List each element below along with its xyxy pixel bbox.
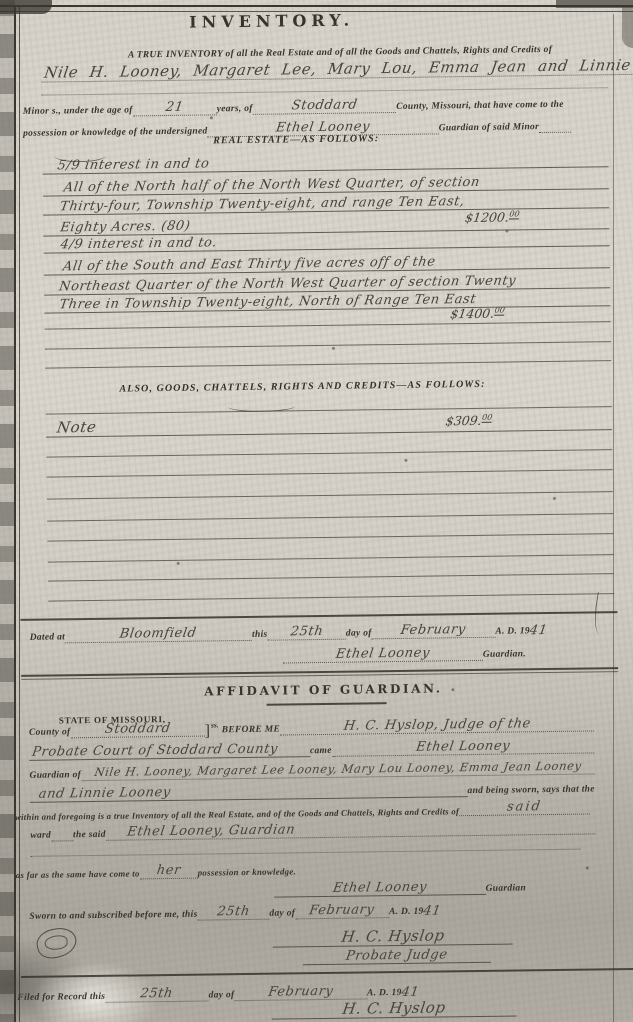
county-handwritten: Stoddard xyxy=(291,98,359,112)
body-blank: said xyxy=(459,797,590,816)
filed-year-handwritten: 41 xyxy=(401,986,421,999)
re2-amount-main: $1400. xyxy=(449,306,495,322)
ruled-line xyxy=(45,321,611,329)
seal-scribble-inner xyxy=(44,935,68,950)
ink-speck xyxy=(332,347,335,350)
dated-row: Dated at Bloomfield this 25th day of Feb… xyxy=(30,621,548,644)
ink-speck xyxy=(553,497,556,500)
judge-blank: H. C. Hyslop, Judge of the xyxy=(280,714,594,735)
re2-line1-row: 4/9 interest in and to. xyxy=(43,231,609,253)
dotted-rule xyxy=(42,87,608,95)
filed-signature-handwritten: H. C. Hyslop xyxy=(341,1000,446,1016)
section-separator xyxy=(20,611,617,621)
wards2-blank: and Linnie Looney xyxy=(30,780,468,803)
ruled-line xyxy=(48,554,614,562)
signature-blank: Ethel Looney xyxy=(283,644,483,664)
judge-title-blank: Probate Judge xyxy=(303,946,491,965)
minor-pre-text: Minor s., under the age of xyxy=(23,105,133,118)
re1-line3-row: Thirty-four, Township Twenty-eight, and … xyxy=(43,193,609,215)
re1-line1-handwritten: 5/9 interest in and to xyxy=(57,157,211,172)
judge-title-handwritten: Probate Judge xyxy=(345,948,449,962)
re1-line1-row: 5/9 interest in and to xyxy=(42,152,608,174)
re1-line3-handwritten: Thirty-four, Township Twenty-eight, and … xyxy=(59,195,466,213)
sworn-pre-text: Sworn to and subscribed before me, this xyxy=(29,909,197,923)
note-item-handwritten: Note xyxy=(56,420,98,436)
filed-day-of-text: day of xyxy=(209,990,235,1002)
ward-name-blank: Ethel Looney, Guardian xyxy=(106,817,596,840)
guardian-label-text: Guardian. xyxy=(483,649,526,661)
age-handwritten: 21 xyxy=(165,101,185,114)
ad-text: A. D. 19 xyxy=(495,626,530,638)
judge-handwritten: H. C. Hyslop, Judge of the xyxy=(343,717,532,732)
judge-signature-row: H. C. Hyslop xyxy=(273,928,513,948)
chattels-heading: ALSO, GOODS, CHATTELS, RIGHTS AND CREDIT… xyxy=(119,380,419,395)
re2-line1-handwritten: 4/9 interest in and to. xyxy=(60,236,218,251)
blank-dotted-line xyxy=(31,849,581,857)
came-name-blank: Ethel Looney xyxy=(332,736,595,756)
ruled-line xyxy=(45,360,611,368)
dated-signature-row: Ethel Looney Guardian. xyxy=(283,644,526,663)
day-blank: 25th xyxy=(267,623,346,641)
guardian-name-handwritten: Ethel Looney xyxy=(275,120,371,134)
ruled-line xyxy=(47,533,613,541)
day-handwritten: 25th xyxy=(289,625,323,638)
filed-signature-row: H. C. Hyslop xyxy=(271,999,516,1019)
sworn-day-handwritten: 25th xyxy=(216,905,250,918)
note-item-row: Note xyxy=(46,414,612,437)
the-said-text: the said xyxy=(73,829,106,841)
wards2-handwritten: and Linnie Looney xyxy=(38,786,172,801)
filed-month-blank: February xyxy=(234,982,367,1001)
ruled-line xyxy=(47,491,613,499)
dated-at-text: Dated at xyxy=(30,632,66,644)
affidavit-heading-rule xyxy=(267,702,387,706)
county-of-text: County of xyxy=(29,727,71,739)
before-me-text: BEFORE ME xyxy=(222,724,281,736)
filed-pre-text: Filed for Record this xyxy=(17,991,105,1004)
county-blank: Stoddard xyxy=(253,96,397,115)
re2-line2-handwritten: All of the South and East Thirty five ac… xyxy=(62,255,437,273)
sworn-year-handwritten: 41 xyxy=(423,904,443,917)
years-of-text: years, of xyxy=(217,103,253,115)
brace-glyph: ] xyxy=(205,726,210,739)
county-handwritten: Stoddard xyxy=(104,722,172,736)
asfar-post-text: possession or knowledge. xyxy=(198,867,296,879)
sworn-day-of-text: day of xyxy=(269,908,295,920)
ink-speck xyxy=(177,562,180,565)
guardian-of-text: Guardian of xyxy=(29,770,81,782)
ward-name-row: ward the said Ethel Looney, Guardian xyxy=(30,818,595,841)
county-blank: Stoddard xyxy=(70,720,204,739)
year-handwritten: 41 xyxy=(529,624,549,637)
signature-blank: Ethel Looney xyxy=(274,878,486,898)
wards-handwritten: Nile H. Looney, Margaret Lee Looney, Mar… xyxy=(93,761,582,779)
day-of-text: day of xyxy=(346,628,372,640)
guardian-signature-handwritten: Ethel Looney xyxy=(332,881,428,895)
ward-name-handwritten: Ethel Looney, Guardian xyxy=(126,823,296,838)
came-text: came xyxy=(310,745,332,757)
ruled-line xyxy=(47,513,613,521)
came-name-handwritten: Ethel Looney xyxy=(415,740,511,754)
this-text: this xyxy=(252,629,268,641)
sworn-day-blank: 25th xyxy=(197,903,269,921)
seal-scribble xyxy=(34,924,79,961)
possessive-handwritten: her xyxy=(156,864,182,877)
court-handwritten: Probate Court of Stoddard County xyxy=(31,743,279,759)
judge-signature-blank: H. C. Hyslop xyxy=(273,928,513,948)
guardian-signature-handwritten: Ethel Looney xyxy=(335,647,431,661)
affidavit-heading: AFFIDAVIT OF GUARDIAN. xyxy=(173,681,473,699)
short-blank xyxy=(51,840,73,841)
names-blank: Nile H. Looney, Margaret Lee, Mary Lou, … xyxy=(41,57,633,83)
trailing-blank xyxy=(539,132,571,133)
ruled-line xyxy=(45,341,611,349)
scanned-inventory-document: INVENTORY. A TRUE INVENTORY of all the R… xyxy=(0,0,633,1022)
asfar-row: as far as the same have come to her poss… xyxy=(16,862,326,881)
sworn-ad-text: A. D. 19 xyxy=(389,906,424,918)
document-title: INVENTORY. xyxy=(122,10,422,33)
ink-speck xyxy=(586,867,589,870)
re2-line4-handwritten: Three in Township Twenty-eight, North of… xyxy=(58,293,477,311)
sworn-month-blank: February xyxy=(295,901,389,919)
ward-label-text: ward xyxy=(30,830,51,842)
filed-signature-blank: H. C. Hyslop xyxy=(271,999,516,1019)
re2-amount: $1400.00 xyxy=(449,306,505,322)
sworn-suffix-text: and being sworn, says that the xyxy=(467,784,594,797)
body-handwritten: said xyxy=(506,800,543,813)
ruled-line xyxy=(48,573,614,581)
asfar-pre-text: as far as the same have come to xyxy=(16,869,140,881)
document-content: INVENTORY. A TRUE INVENTORY of all the R… xyxy=(0,0,633,1022)
names-handwritten: Nile H. Looney, Margaret Lee, Mary Lou, … xyxy=(43,57,633,81)
ruled-line xyxy=(48,593,614,601)
place-blank: Bloomfield xyxy=(65,624,252,643)
ruled-line xyxy=(47,469,613,477)
place-handwritten: Bloomfield xyxy=(119,627,198,641)
guardian-label-text: Guardian xyxy=(486,883,527,895)
affidavit-signature-row: Ethel Looney Guardian xyxy=(274,877,526,897)
wards-row: Guardian of Nile H. Looney, Margaret Lee… xyxy=(29,757,594,781)
filed-day-blank: 25th xyxy=(105,985,209,1003)
sworn-row: Sworn to and subscribed before me, this … xyxy=(29,901,441,922)
re1-line4-handwritten: Eighty Acres. (80) xyxy=(59,220,191,235)
county-suffix-text: County, Missouri, that have come to the xyxy=(396,99,564,113)
judge-signature-handwritten: H. C. Hyslop xyxy=(340,928,445,944)
minor-clause-row-1: Minor s., under the age of 21 years, of … xyxy=(23,96,564,118)
re1-line1-blank: 5/9 interest in and to xyxy=(42,150,608,174)
ink-speck xyxy=(451,688,454,691)
month-blank: February xyxy=(372,621,496,640)
judge-title-row: Probate Judge xyxy=(303,947,491,965)
note-item-blank: Note xyxy=(46,413,612,437)
filed-day-handwritten: 25th xyxy=(140,987,174,1000)
ink-speck xyxy=(404,459,407,462)
section-separator xyxy=(21,968,633,978)
possessive-blank: her xyxy=(140,862,198,880)
month-handwritten: February xyxy=(400,623,467,637)
guardian-suffix-text: Guardian of said Minor xyxy=(439,122,539,135)
filed-ad-text: A. D. 19 xyxy=(367,988,402,1000)
re2-amount-cents: 00 xyxy=(494,306,506,316)
re2-line4-row: Three in Township Twenty-eight, North of… xyxy=(44,291,610,313)
filed-month-handwritten: February xyxy=(267,985,334,999)
ss-abbreviation: ss. xyxy=(211,720,219,729)
wards-blank: Nile H. Looney, Margaret Lee Looney, Mar… xyxy=(81,757,595,781)
ink-speck xyxy=(210,116,213,119)
re1-line2-handwritten: All of the North half of the North West … xyxy=(63,176,481,194)
ink-speck xyxy=(505,230,508,233)
court-row: Probate Court of Stoddard County came Et… xyxy=(29,736,594,760)
age-blank: 21 xyxy=(133,98,217,116)
sworn-month-handwritten: February xyxy=(309,903,376,917)
ruled-line xyxy=(46,449,612,457)
court-blank: Probate Court of Stoddard County xyxy=(29,740,310,761)
